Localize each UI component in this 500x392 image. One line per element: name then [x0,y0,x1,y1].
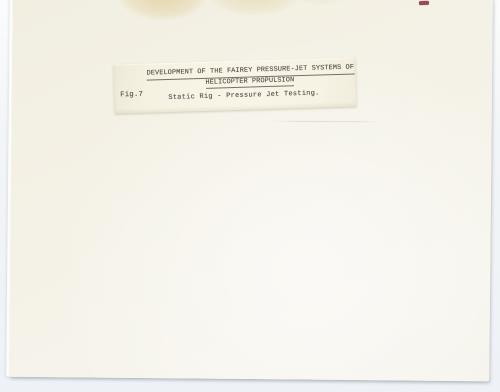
label-title-line2: HELICOPTER PROPULSION [205,76,294,89]
label-title: DEVELOPMENT OF THE FAIREY PRESSURE-JET S… [146,64,353,91]
photo-back-paper [9,0,493,381]
paper-sheen [9,0,493,381]
caption-text: Static Rig - Pressure Jet Testing. [168,89,319,101]
caption-label: DEVELOPMENT OF THE FAIREY PRESSURE-JET S… [113,57,356,113]
figure-number: Fig.7 [120,91,143,100]
red-ink-mark [419,1,429,6]
